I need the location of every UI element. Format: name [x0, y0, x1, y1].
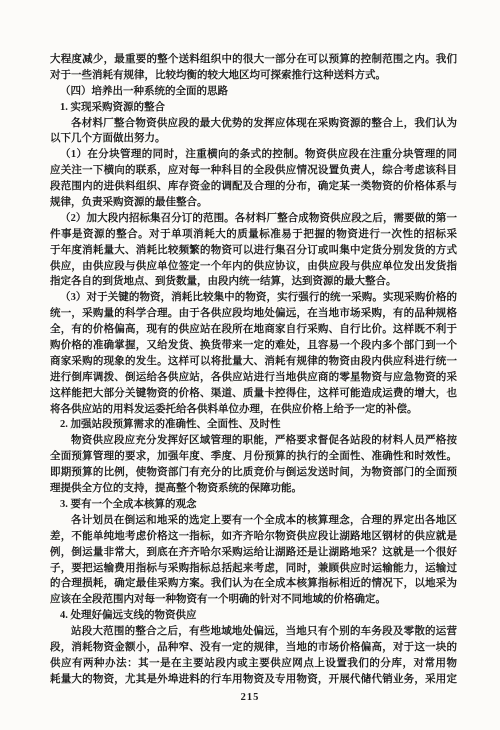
text-line: 全面预算管理的要求，加强年度、季度、月份预算的执行的全面性、准确性和时效性。控制: [50, 449, 457, 465]
text-line: 全，有的价格偏高，现有的供应站在段所在地商家自行采购、自行比价。这样既不利于对采: [50, 322, 457, 338]
text-line: 3. 要有一个全成本核算的观念: [50, 497, 457, 513]
text-line: 购价格的准确掌握，又给发货、换货带来一定的难处，且容易一个段内多个部门到一个供应: [50, 338, 457, 354]
text-line: 1. 实现采购资源的整合: [50, 100, 457, 116]
text-line: （四）培养出一种系统的全面的思路: [50, 84, 457, 100]
text-line: 于年度消耗量大、消耗比较频繁的物资可以进行集召分订或叫集中定货分别发货的方式组织: [50, 243, 457, 259]
document-page: 大程度减少，最重要的整个送料组织中的很大一部分在可以预算的控制范围之内。我们认为…: [0, 0, 500, 730]
text-line: 站段大范围的整合之后，有些地域地处偏远，当地只有个别的车务段及零散的运营分: [50, 624, 457, 640]
text-line: 2. 加强站段预算需求的准确性、全面性、及时性: [50, 417, 457, 433]
text-line: （1）在分块管理的同时，注重横向的条式的控制。物资供应段在注重分块管理的同时，: [50, 147, 457, 163]
text-line: 规律，负责采购资源的最佳整合。: [50, 195, 457, 211]
text-line: 商家采购的现象的发生。这样可以将批量大、消耗有规律的物资由段内供应科进行统一采购: [50, 354, 457, 370]
text-line: 例，倒运量非常大，到底在齐齐哈尔采购运给让湖路还是让湖路地采？这就是一个很好的例: [50, 545, 457, 561]
text-line: 供应有两种办法：其一是在主要站段内或主要供应网点上设置我们的分库，对常用物资、消: [50, 656, 457, 672]
text-line: 各材料厂整合物资供应段的最大优势的发挥应体现在采购资源的整合上，我们认为应在: [50, 116, 457, 132]
text-line: 件事是资源的整合。对于单项消耗大的质量标准易于把握的物资进行一次性的招标采购，对: [50, 227, 457, 243]
text-line: （2）加大段内招标集召分订的范围。各材料厂整合成物资供应段之后，需要做的第一: [50, 211, 457, 227]
text-line: 差，不能单纯地考虑价格这一指标，如齐齐哈尔物资供应段让湖路地区钢材的供应就是一: [50, 529, 457, 545]
text-line: 指定各自的到货地点、到货数量，由段内统一结算，达到资源的最大整合。: [50, 274, 457, 290]
text-line: 即期预算的比例，使物资部门有充分的比质竞价与倒运发送时间，为物资部门的全面预算管: [50, 465, 457, 481]
text-line: （3）对于关键的物资，消耗比较集中的物资，实行强行的统一采购。实现采购价格的: [50, 290, 457, 306]
text-line: 进行倒库调拨、倒运给各供应站，各供应站进行当地供应商的零星物资与应急物资的采购。: [50, 370, 457, 386]
text-line: 耗量大的物资，尤其是外埠进料的行车用物资及专用物资，开展代储代销业务，采用定量补: [50, 672, 457, 688]
text-line: 统一，采购量的科学合理。由于各供应段均地处偏远，在当地市场采购，有的品种规格不: [50, 306, 457, 322]
text-line: 将各供应站的用料发运委托给各供料单位办理，在供应价格上给予一定的补偿。: [50, 402, 457, 418]
text-line: 各计划员在倒运和地采的选定上要有一个全成本的核算理念，合理的界定出各地区的价: [50, 513, 457, 529]
text-line: 以下几个方面做出努力。: [50, 131, 457, 147]
text-line: 大程度减少，最重要的整个送料组织中的很大一部分在可以预算的控制范围之内。我们认为: [50, 52, 457, 68]
text-line: 段，消耗物资金额小，品种窄、没有一定的规律，当地的市场价格偏高，对于这一块的物资: [50, 640, 457, 656]
text-line: 对于一些消耗有规律，比较均衡的较大地区均可探索推行这种送料方式。: [50, 68, 457, 84]
text-line: 物资供应段应充分发挥好区域管理的职能，严格要求督促各站段的材料人员严格按照局: [50, 433, 457, 449]
text-line: 段范围内的进供料组织、库存资金的调配及合理的分布，确定某一类物资的价格体系与消耗: [50, 179, 457, 195]
text-line: 理提供全方位的支持，提高整个物资系统的保障功能。: [50, 481, 457, 497]
text-line: 应关注一下横向的联系，应对每一种科目的全段供应情况设置负责人，综合考虑该科目在全: [50, 163, 457, 179]
text-line: 供应，由供应段与供应单位签定一个年内的供应协议，由供应段与供应单位发出发货指令，: [50, 259, 457, 275]
text-line: 4. 处理好偏远支线的物资供应: [50, 608, 457, 624]
text-line: 这样能把大部分关键物资的价格、渠道、质量卡控得住，这样可能造成运费的增大，也可以: [50, 386, 457, 402]
text-line: 子，要把运输费用指标与采购指标总括起来考虑，同时，兼顾供应时运输能力，运输过程中: [50, 561, 457, 577]
page-number: 215: [0, 692, 500, 703]
text-block: 大程度减少，最重要的整个送料组织中的很大一部分在可以预算的控制范围之内。我们认为…: [50, 52, 457, 688]
text-line: 的合理损耗，确定最佳采购方案。我们认为在全成本核算指标相近的情况下，以地采为主，: [50, 576, 457, 592]
text-line: 应该在全段范围内对每一种物资有一个明确的针对不同地域的价格确定。: [50, 592, 457, 608]
